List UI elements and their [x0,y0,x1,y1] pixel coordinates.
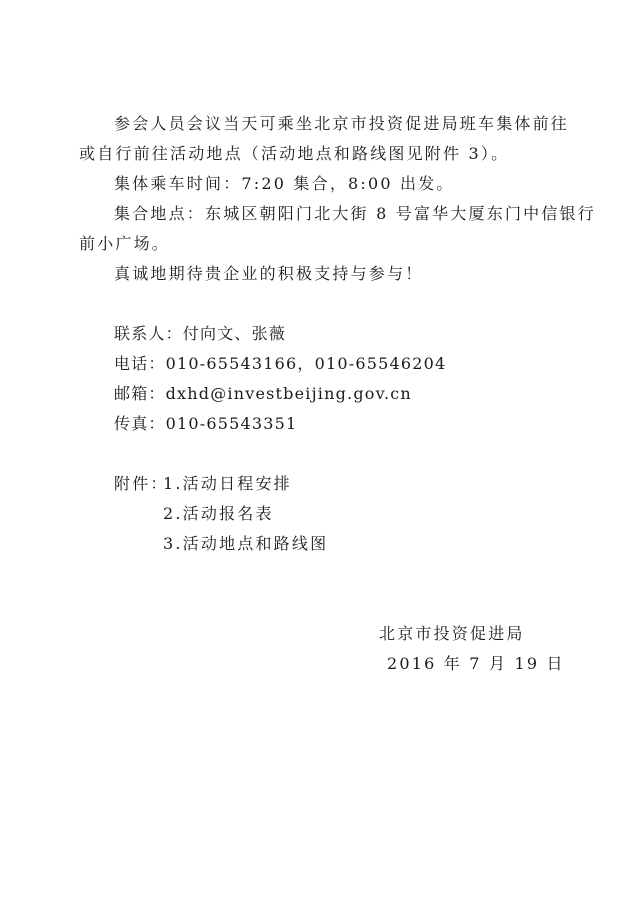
paragraph-attendance-line-1: 参会人员会议当天可乘坐北京市投资促进局班车集体前往 [114,114,569,134]
attachment-item-2: 2.活动报名表 [163,504,274,524]
attachment-item-3: 3.活动地点和路线图 [163,534,328,554]
contact-email: 邮箱：dxhd@investbeijing.gov.cn [114,384,412,404]
signature-date: 2016 年 7 月 19 日 [387,654,565,674]
paragraph-meeting-point-line-1: 集合地点：东城区朝阳门北大街 8 号富华大厦东门中信银行 [114,204,596,224]
contact-person: 联系人：付向文、张薇 [114,324,286,344]
attachment-item-1: 1.活动日程安排 [163,474,292,494]
paragraph-meeting-point-line-2: 前小广场。 [79,234,170,254]
contact-fax: 传真：010-65543351 [114,414,297,434]
paragraph-attendance-line-2: 或自行前往活动地点（活动地点和路线图见附件 3）。 [79,144,509,164]
attachments-label: 附件： [114,474,169,494]
paragraph-closing: 真诚地期待贵企业的积极支持与参与！ [114,264,423,284]
signature-org: 北京市投资促进局 [379,624,525,644]
paragraph-bus-time: 集体乘车时间：7:20 集合，8:00 出发。 [114,174,455,194]
contact-phone: 电话：010-65543166，010-65546204 [114,354,446,374]
